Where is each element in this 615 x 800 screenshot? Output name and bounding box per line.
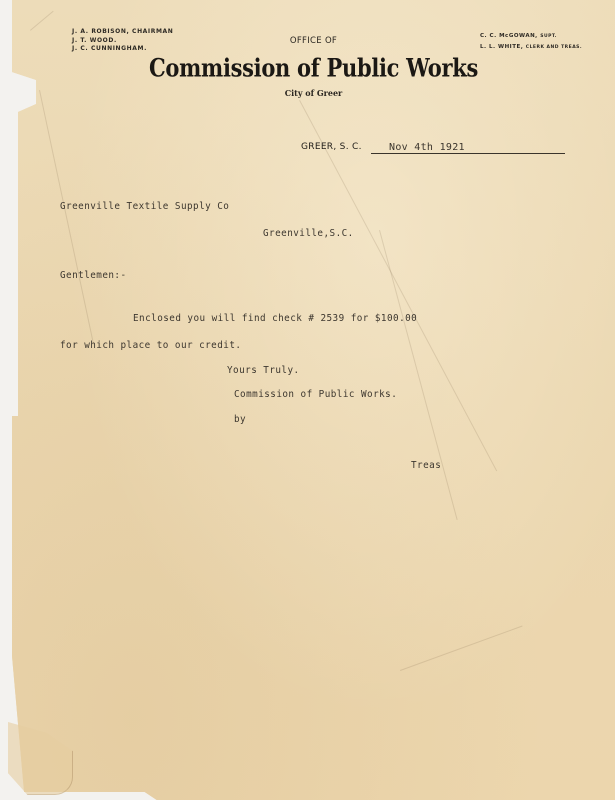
body-line-2: for which place to our credit.	[60, 340, 241, 351]
recipient-city: Greenville,S.C.	[263, 228, 354, 239]
office-of-label: OFFICE OF	[0, 36, 615, 46]
signature-organization: Commission of Public Works.	[234, 389, 397, 400]
body-line-1: Enclosed you will find check # 2539 for …	[133, 313, 417, 324]
recipient-name: Greenville Textile Supply Co	[60, 201, 229, 212]
dateline-date: Nov 4th 1921	[389, 142, 465, 153]
date-underline	[371, 153, 565, 154]
city-subtitle: City of Greer	[0, 88, 615, 98]
closing: Yours Truly.	[227, 365, 300, 376]
signature-by: by	[234, 414, 246, 425]
organization-title: Commission of Public Works	[0, 53, 615, 83]
salutation: Gentlemen:-	[60, 270, 127, 281]
dateline-place: GREER, S. C.	[301, 142, 362, 152]
signature-title: Treas	[411, 460, 441, 471]
letter-paper	[12, 0, 615, 800]
dateline: GREER, S. C. Nov 4th 1921	[301, 142, 565, 154]
